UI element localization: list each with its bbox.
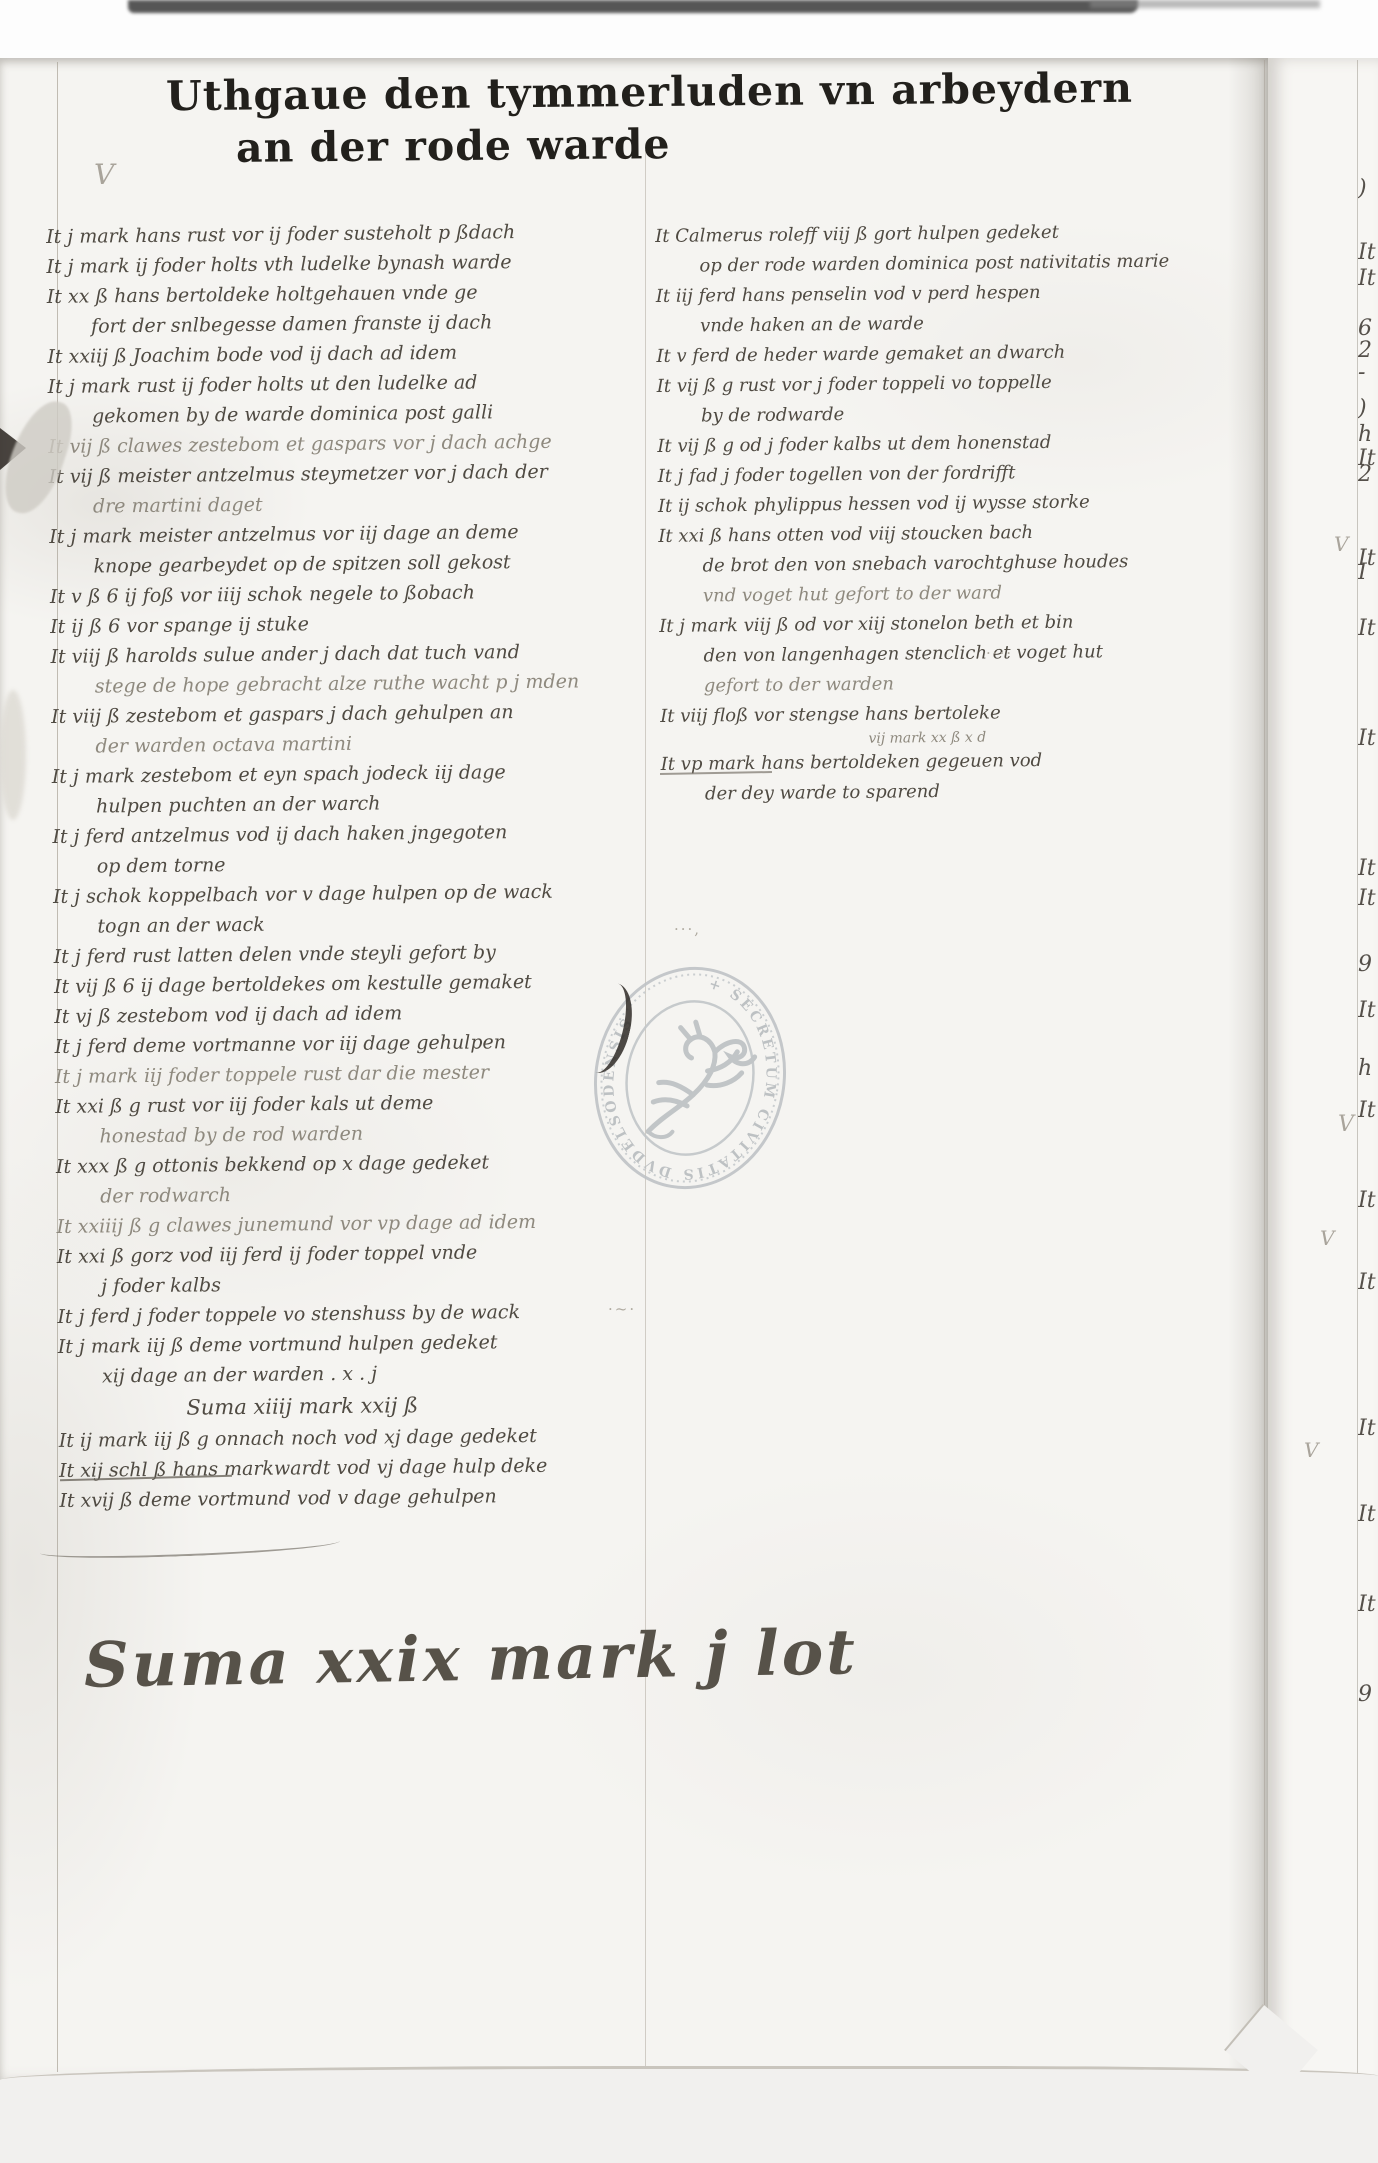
paper-stain-lower — [0, 690, 26, 820]
right-margin-rule — [1264, 60, 1265, 2074]
entry-line: stege de hope gebracht alze ruthe wacht … — [51, 666, 666, 702]
check-mark: V — [1304, 1438, 1318, 1462]
faint-dot-mark: ···· — [986, 644, 1013, 662]
scan-top-smear — [128, 0, 1138, 13]
check-mark: V — [1320, 1226, 1334, 1250]
facing-page-line-stub: It — [1358, 1416, 1378, 1441]
check-mark: V — [1338, 1112, 1354, 1137]
seal-lion — [647, 1017, 758, 1151]
entry-line: der dey warde to sparend — [661, 774, 1261, 810]
facing-page-line-stub: It — [1358, 266, 1378, 291]
check-mark: V — [1334, 532, 1348, 556]
facing-page-line-stub: It — [1358, 998, 1378, 1023]
left-entry-column: It j mark hans rust vor ij foder susteho… — [46, 216, 675, 1516]
facing-page-line-stub: 2 — [1358, 462, 1378, 487]
facing-page-line-stub: - — [1358, 360, 1378, 385]
facing-page-line-stub: I — [1358, 560, 1378, 585]
facing-page-line-stub: ) — [1358, 176, 1378, 201]
archive-seal: + SECRETUM CIVITATIS DVDELSODENSIS — [569, 944, 811, 1212]
entry-line: op der rode warden dominica post nativit… — [655, 246, 1255, 282]
summa-total-line: Suma xxix mark j lot — [83, 1615, 858, 1701]
facing-page-line-stub: It — [1358, 1098, 1378, 1123]
check-mark: V — [94, 158, 114, 191]
page-heading-line2: an der rode warde — [236, 120, 671, 172]
facing-page-line-stub: 9 — [1358, 1682, 1378, 1707]
facing-page-line-stub: It — [1358, 240, 1378, 265]
faint-dot-mark: ·~· — [608, 1300, 636, 1318]
facing-page-line-stub: It — [1358, 1502, 1378, 1527]
facing-page-line-stub: h — [1358, 422, 1378, 447]
faint-dot-mark: ···, — [674, 920, 701, 938]
facing-page-line-stub: 9 — [1358, 952, 1378, 977]
entry-line: It xvij ß deme vortmund vod v dage gehul… — [59, 1479, 674, 1515]
facing-page-line-stub: It — [1358, 1592, 1378, 1617]
facing-page-line-stub: ) — [1358, 396, 1378, 421]
facing-page-line-stub: It — [1358, 856, 1378, 881]
scan-top-smear-right — [1090, 0, 1320, 8]
facing-page-line-stub: It — [1358, 726, 1378, 751]
parchment-bottom-edge — [0, 2066, 1378, 2163]
page-heading-line1: Uthgaue den tymmerluden vn arbeydern — [166, 64, 1133, 120]
manuscript-scan: Uthgaue den tymmerluden vn arbeydern an … — [0, 0, 1378, 2163]
facing-page-line-stub: It — [1358, 1188, 1378, 1213]
right-entry-column: It Calmerus roleff viij ß gort hulpen ge… — [655, 216, 1261, 810]
facing-page-line-stub: h — [1358, 1056, 1378, 1081]
facing-page-line-stub: It — [1358, 1270, 1378, 1295]
facing-page-line-stub: It — [1358, 886, 1378, 911]
facing-page-line-stub: It — [1358, 616, 1378, 641]
